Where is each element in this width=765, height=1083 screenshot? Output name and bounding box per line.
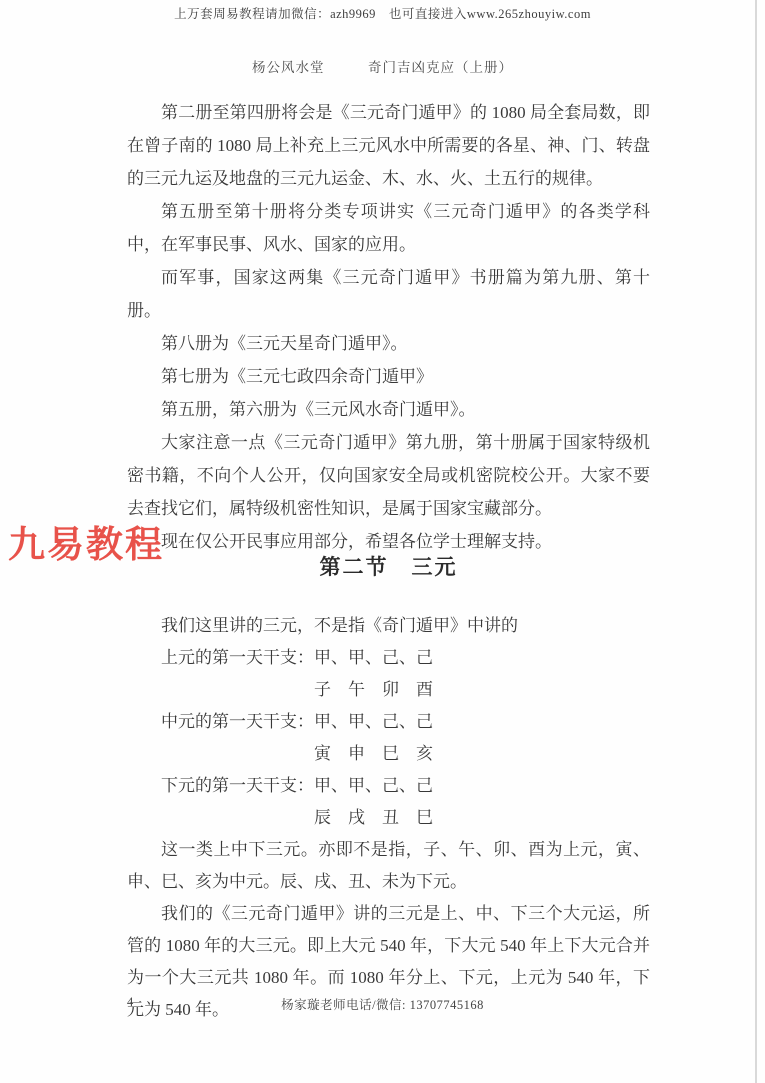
paragraph: 第七册为《三元七政四余奇门遁甲》 xyxy=(127,360,650,393)
footer-contact: 杨家璇老师电话/微信: 13707745168 xyxy=(0,995,765,1013)
page-number: 4 xyxy=(127,995,133,1010)
ganzhi-label: 下元的第一天干支： xyxy=(161,770,314,802)
ganzhi-branches-middle: 中元的第一天干支：寅 申 巳 亥 xyxy=(127,738,650,770)
paragraph: 而军事，国家这两集《三元奇门遁甲》书册篇为第九册、第十册。 xyxy=(127,261,650,327)
section-block: 第二节 三元 我们这里讲的三元，不是指《奇门遁甲》中讲的 上元的第一天干支：甲、… xyxy=(127,552,650,1026)
ganzhi-row-lower: 下元的第一天干支：甲、甲、己、己 xyxy=(127,770,650,802)
ganzhi-stems: 甲、甲、己、己 xyxy=(314,712,433,731)
ganzhi-row-upper: 上元的第一天干支：甲、甲、己、己 xyxy=(127,642,650,674)
body-text-block: 第二册至第四册将会是《三元奇门遁甲》的 1080 局全套局数，即在曾子南的 10… xyxy=(127,96,650,558)
ganzhi-stems: 甲、甲、己、己 xyxy=(314,648,433,667)
section-intro: 我们这里讲的三元，不是指《奇门遁甲》中讲的 xyxy=(127,610,650,642)
promo-header-text: 上万套周易教程请加微信：azh9969 也可直接进入www.265zhouyiw… xyxy=(0,4,765,22)
ganzhi-branches-lower: 下元的第一天干支：辰 戌 丑 巳 xyxy=(127,802,650,834)
section-title: 第二节 三元 xyxy=(127,552,650,582)
ganzhi-branches: 子 午 卯 酉 xyxy=(314,680,433,699)
ganzhi-branches-upper: 上元的第一天干支：子 午 卯 酉 xyxy=(127,674,650,706)
running-header: 杨公风水堂 奇门吉凶克应（上册） xyxy=(0,56,765,76)
ganzhi-branches: 寅 申 巳 亥 xyxy=(314,744,433,763)
paragraph: 第五册至第十册将分类专项讲实《三元奇门遁甲》的各类学科中，在军事民事、风水、国家… xyxy=(127,195,650,261)
ganzhi-label: 上元的第一天干支： xyxy=(161,642,314,674)
paragraph: 第二册至第四册将会是《三元奇门遁甲》的 1080 局全套局数，即在曾子南的 10… xyxy=(127,96,650,195)
paragraph: 大家注意一点《三元奇门遁甲》第九册，第十册属于国家特级机密书籍，不向个人公开，仅… xyxy=(127,426,650,525)
ganzhi-label: 中元的第一天干支： xyxy=(161,706,314,738)
page-edge-line xyxy=(755,0,757,1083)
ganzhi-branches: 辰 戌 丑 巳 xyxy=(314,808,433,827)
paragraph: 第八册为《三元天星奇门遁甲》。 xyxy=(127,327,650,360)
page-footer: 4 杨家璇老师电话/微信: 13707745168 xyxy=(0,995,765,1013)
paragraph: 第五册，第六册为《三元风水奇门遁甲》。 xyxy=(127,393,650,426)
paragraph: 这一类上中下三元。亦即不是指，子、午、卯、酉为上元，寅、申、巳、亥为中元。辰、戌… xyxy=(127,834,650,898)
scanned-book-page: 上万套周易教程请加微信：azh9969 也可直接进入www.265zhouyiw… xyxy=(0,0,765,1083)
ganzhi-row-middle: 中元的第一天干支：甲、甲、己、己 xyxy=(127,706,650,738)
ganzhi-stems: 甲、甲、己、己 xyxy=(314,776,433,795)
